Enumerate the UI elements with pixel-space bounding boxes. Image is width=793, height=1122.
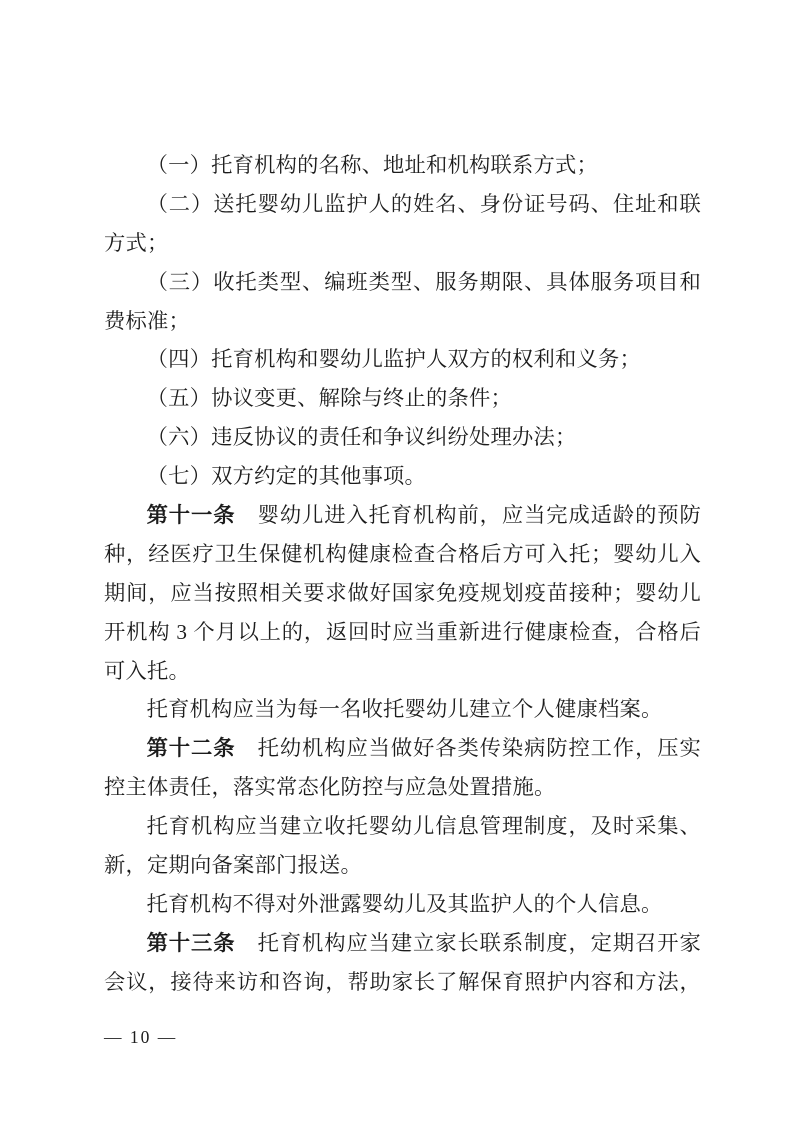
- text-line: 第十三条 托育机构应当建立家长联系制度，定期召开家长: [104, 924, 701, 963]
- text-line: 托育机构不得对外泄露婴幼儿及其监护人的个人信息。: [104, 885, 701, 924]
- article-number: 第十二条: [147, 736, 236, 760]
- text-line: 费标准；: [104, 302, 701, 341]
- document-page: （一）托育机构的名称、地址和机构联系方式； （二）送托婴幼儿监护人的姓名、身份证…: [0, 0, 793, 1122]
- page-number: — 10 —: [104, 1027, 177, 1048]
- text-line: 托育机构应当为每一名收托婴幼儿建立个人健康档案。: [104, 690, 701, 729]
- text-line: （二）送托婴幼儿监护人的姓名、身份证号码、住址和联系: [104, 185, 701, 224]
- article-number: 第十三条: [147, 931, 236, 955]
- text-line: 托育机构应当建立收托婴幼儿信息管理制度，及时采集、更: [104, 807, 701, 846]
- text-line: 会议，接待来访和咨询，帮助家长了解保育照护内容和方法，指: [104, 963, 701, 1002]
- text-line: 开机构 3 个月以上的，返回时应当重新进行健康检查，合格后方: [104, 613, 701, 652]
- text-line: （六）违反协议的责任和争议纠纷处理办法；: [104, 418, 701, 457]
- text-line: （三）收托类型、编班类型、服务期限、具体服务项目和收: [104, 263, 701, 302]
- text-line: 期间，应当按照相关要求做好国家免疫规划疫苗接种；婴幼儿离: [104, 574, 701, 613]
- text-line: 第十二条 托幼机构应当做好各类传染病防控工作，压实防: [104, 729, 701, 768]
- text-line: （一）托育机构的名称、地址和机构联系方式；: [104, 146, 701, 185]
- text-line: 新，定期向备案部门报送。: [104, 846, 701, 885]
- text-line: 种，经医疗卫生保健机构健康检查合格后方可入托；婴幼儿入托: [104, 535, 701, 574]
- text-line: 可入托。: [104, 652, 701, 691]
- text-line: 第十一条 婴幼儿进入托育机构前，应当完成适龄的预防接: [104, 496, 701, 535]
- article-number: 第十一条: [147, 503, 236, 527]
- text-line: 方式；: [104, 224, 701, 263]
- document-body: （一）托育机构的名称、地址和机构联系方式； （二）送托婴幼儿监护人的姓名、身份证…: [104, 146, 701, 1002]
- text-line: （五）协议变更、解除与终止的条件；: [104, 379, 701, 418]
- text-line: （七）双方约定的其他事项。: [104, 457, 701, 496]
- text-line: （四）托育机构和婴幼儿监护人双方的权利和义务；: [104, 340, 701, 379]
- text-line: 控主体责任，落实常态化防控与应急处置措施。: [104, 768, 701, 807]
